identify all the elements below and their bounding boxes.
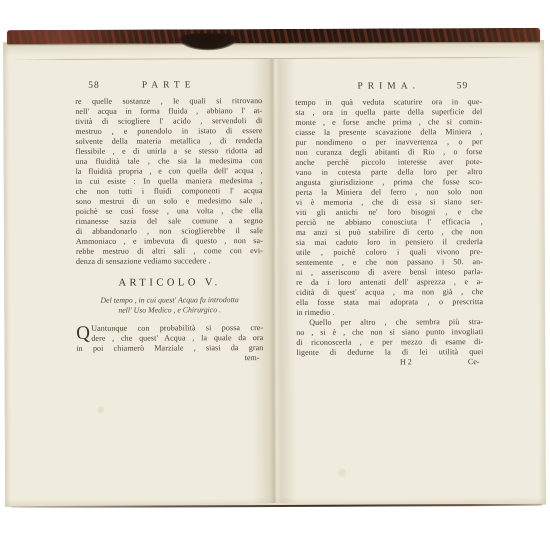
dropcap-initial: Q [76, 324, 90, 343]
left-page-catchword: tem- [76, 353, 263, 364]
text-line: nell' Uso Medico , e Chirurgico . [76, 305, 263, 315]
text-line: denza di sensazione vediamo succedere . [76, 256, 263, 267]
book-photo-background: 58 PARTE re quelle sostanze , le quali s… [0, 0, 550, 550]
articolo-v-subtitle: Del tempo , in cui quest' Acqua fu intro… [76, 295, 263, 315]
right-page: PRIMA. 59 tempo in quà veduta scaturire … [295, 81, 483, 368]
right-page-number: 59 [457, 81, 469, 91]
articolo-v-heading: ARTICOLO V. [76, 277, 263, 289]
right-page-second-paragraph: Quello per altro , che sembra più stra-n… [296, 317, 483, 358]
marbled-cover-top-edge [7, 28, 540, 44]
left-page-header: 58 PARTE [75, 80, 262, 93]
text-line: Del tempo , in cui quest' Acqua fu intro… [76, 295, 263, 305]
left-running-title: PARTE [75, 80, 262, 91]
text-line: ella fosse stata mai adoprata , o prescr… [296, 297, 483, 308]
left-page: 58 PARTE re quelle sostanze , le quali s… [75, 80, 263, 364]
right-page-body-paragraph: tempo in quà veduta scaturire ora in que… [295, 97, 483, 318]
right-page-footer: H 2 Ce- [296, 357, 483, 368]
text-line: in poi chiamerò Marziale , siasi da gran [76, 343, 263, 354]
open-book: 58 PARTE re quelle sostanze , le quali s… [3, 28, 546, 507]
articolo-v-opening-paragraph: Q Uantunque con probabilità si possa cre… [76, 323, 263, 354]
right-page-header: PRIMA. 59 [295, 81, 482, 94]
left-page-body-paragraph: re quelle sostanze , le quali si ritrova… [75, 96, 263, 267]
opening-paragraph-lines: Uantunque con probabilità si possa cre-d… [76, 323, 263, 354]
page-bottom-edge [11, 504, 542, 508]
right-running-title: PRIMA. [295, 81, 482, 92]
right-page-catchword: Ce- [468, 357, 480, 367]
text-line: rebbe mestruo di altri sali , come con e… [76, 246, 263, 257]
